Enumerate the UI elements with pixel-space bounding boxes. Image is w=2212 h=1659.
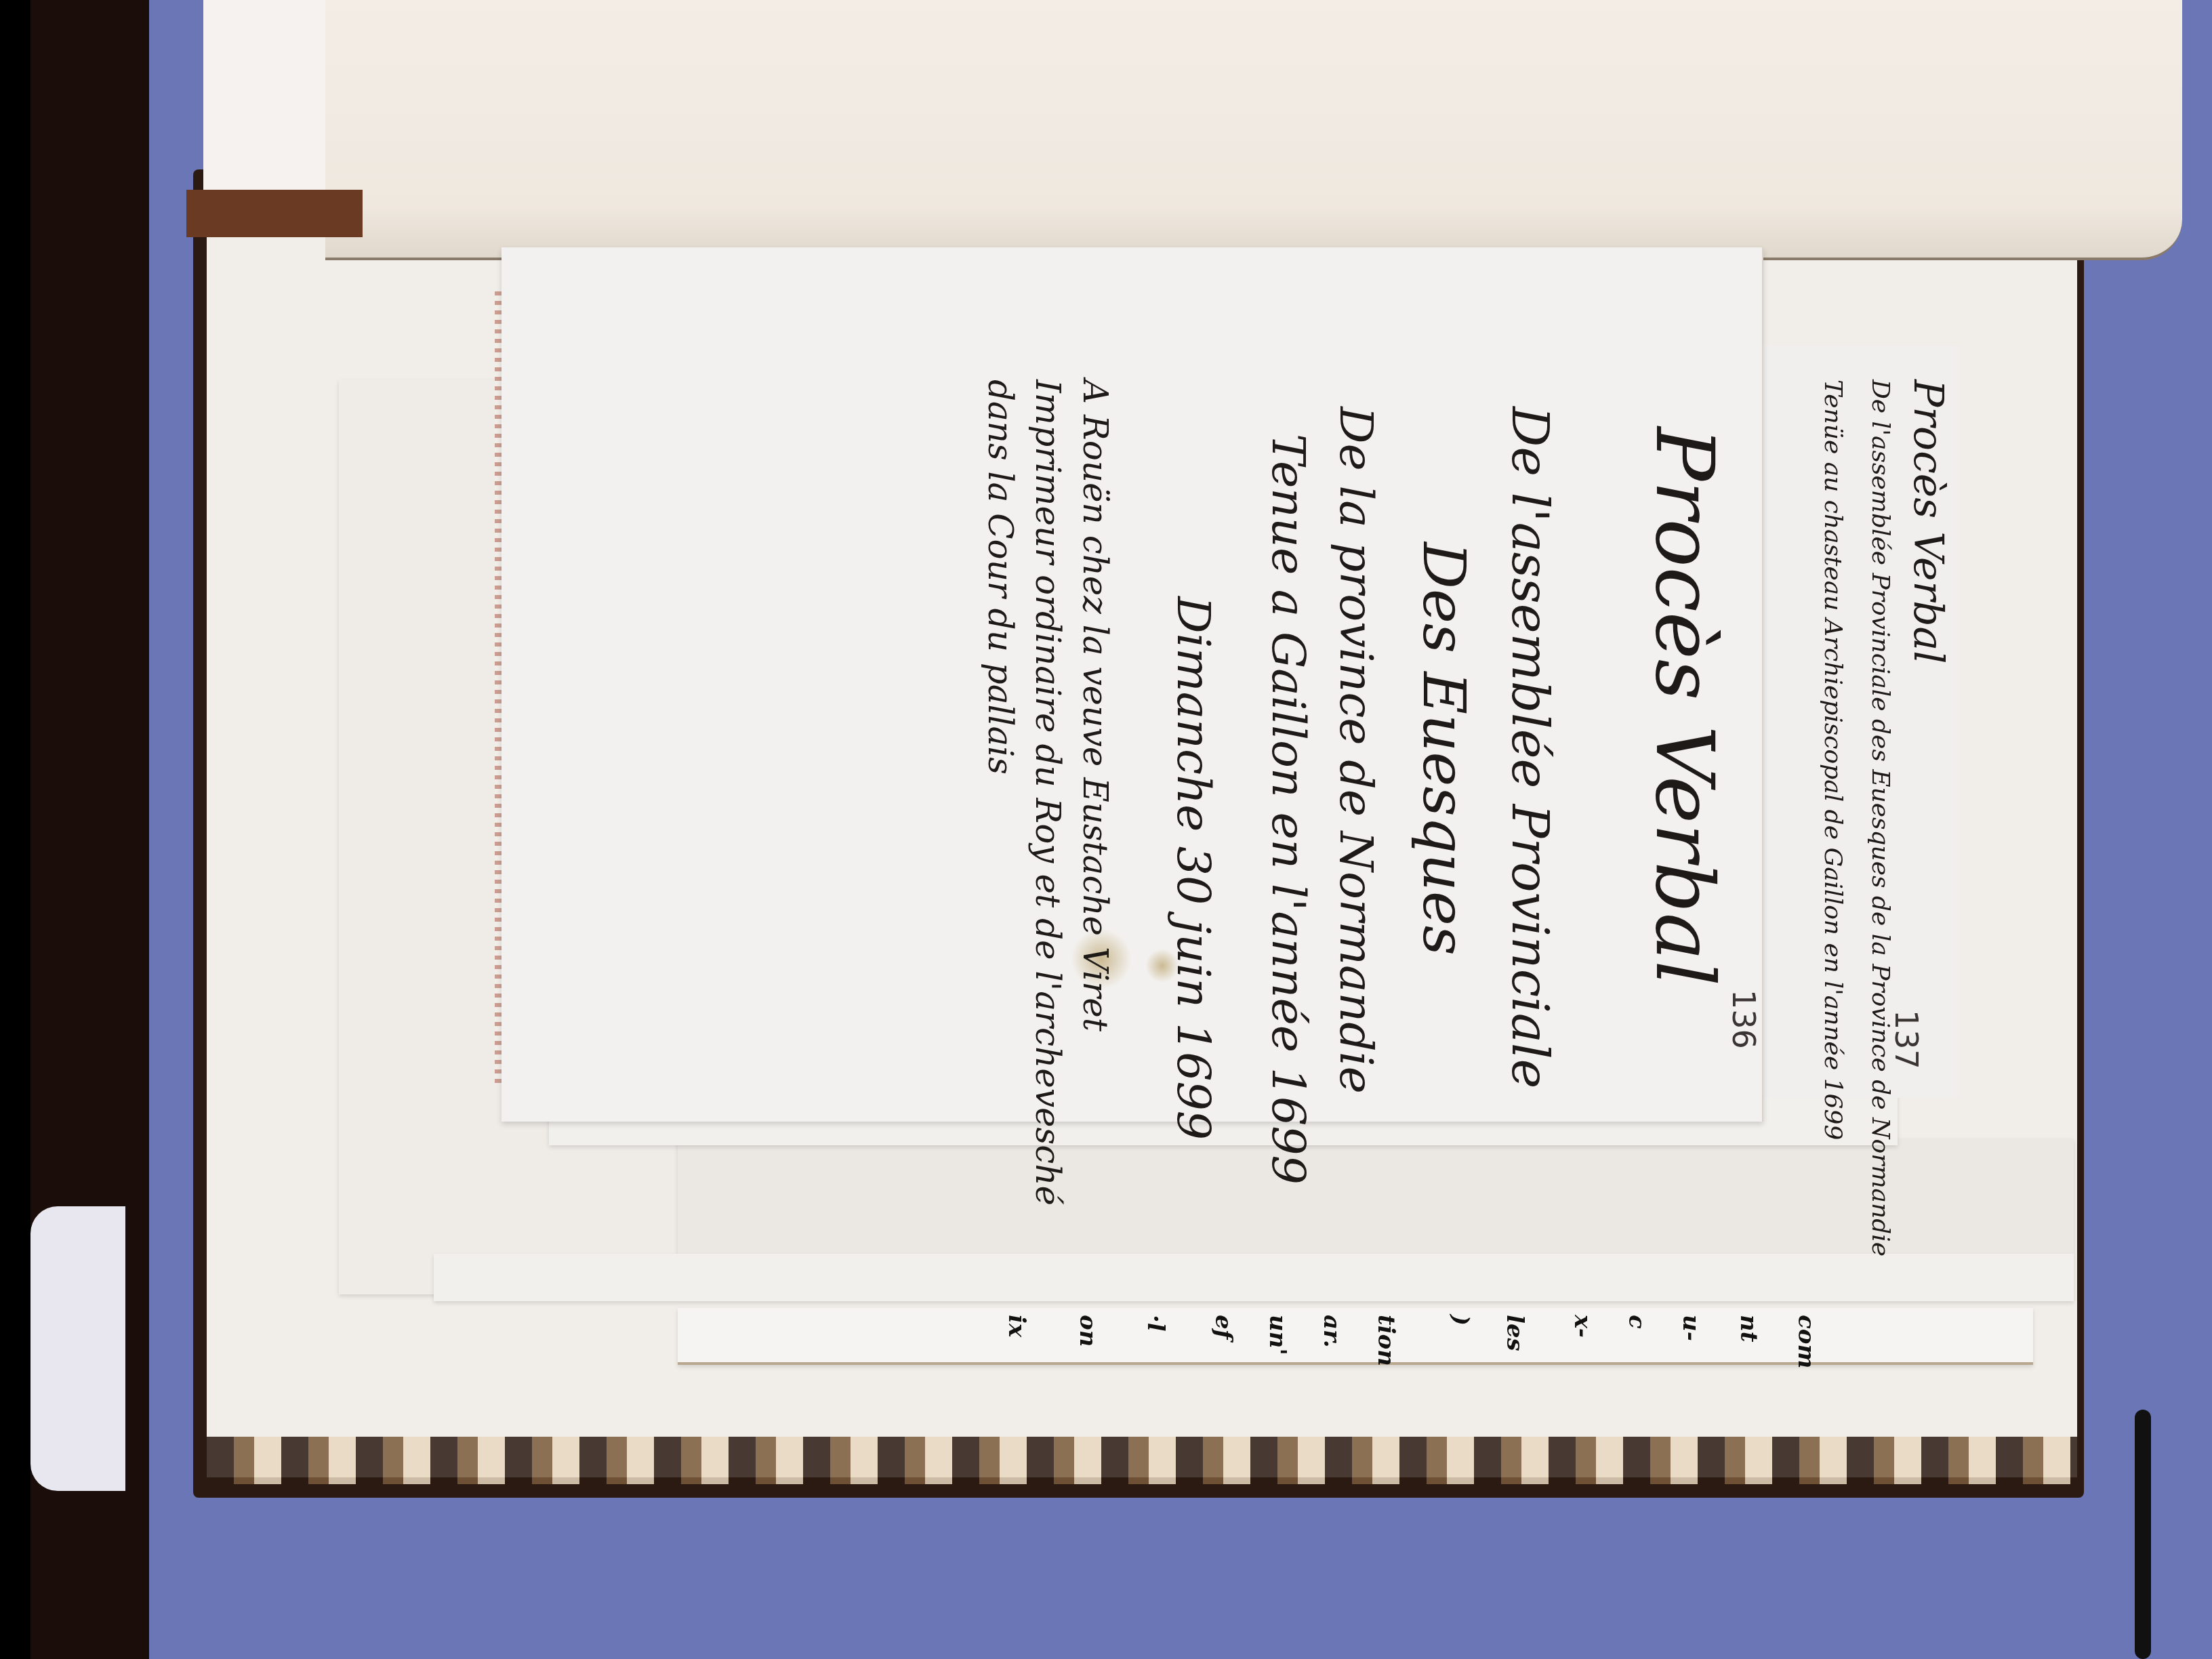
- folio-number: 136: [1725, 989, 1762, 1049]
- imprint-line: dans la Cour du pallais: [981, 380, 1020, 775]
- fragment-word: c: [1623, 1315, 1650, 1329]
- fragment-word: ef: [1210, 1315, 1237, 1339]
- underlying-sheet: [678, 1139, 2074, 1254]
- fragment-word: ): [1447, 1315, 1474, 1326]
- header-label-title: Procès Verbal: [1904, 380, 1952, 664]
- fragment-word: tion: [1372, 1315, 1399, 1366]
- underlying-sheet: [434, 1254, 2074, 1301]
- fragment-word: ·l: [1142, 1315, 1169, 1332]
- spine-tear: [186, 190, 363, 237]
- title-province: De la province de Normandie: [1329, 407, 1382, 1094]
- title-subtitle: Des Euesques: [1410, 542, 1477, 956]
- header-label-line: De l'assemblée Provinciale des Euesques …: [1866, 380, 1894, 1256]
- imprint-line: Imprimeur ordinaire du Roy et de l'arche…: [1028, 380, 1067, 1206]
- fragment-word: x-: [1569, 1315, 1596, 1338]
- fragment-word: com: [1793, 1315, 1820, 1368]
- title-subtitle: De l'assemblée Provinciale: [1500, 407, 1559, 1088]
- title-date: Dimanche 30 juin 1699: [1166, 596, 1220, 1140]
- page-title: Procès Verbal: [1638, 427, 1732, 986]
- fragment-word: ar.: [1318, 1315, 1345, 1348]
- fragment-word: u-: [1677, 1315, 1704, 1341]
- photo-scene: Procès Verbal De l'assemblée Provinciale…: [0, 0, 2212, 1659]
- fragment-word: nt: [1735, 1315, 1762, 1342]
- imprint-line: A Rouën chez la veuve Eustache Viret: [1076, 380, 1115, 1031]
- fragment-word: ix: [1003, 1315, 1030, 1337]
- fragment-word: on: [1074, 1315, 1101, 1347]
- background-dark-edge: [0, 0, 30, 1659]
- fragment-text-strip: ix on ·l ef un' ar. tion ) les x- c u- n…: [1017, 1301, 2087, 1369]
- folio-number: 137: [1888, 1010, 1925, 1069]
- title-held-at: Tenue a Gaillon en l'année 1699: [1261, 434, 1315, 1185]
- white-cloth: [30, 1206, 125, 1491]
- damaged-page-edge: [207, 1437, 2077, 1484]
- fragment-word: les: [1501, 1315, 1528, 1351]
- facing-page: [325, 0, 2182, 260]
- black-cable: [2135, 1410, 2151, 1659]
- fragment-word: un': [1264, 1315, 1291, 1355]
- title-page-sheet: [501, 247, 1763, 1122]
- header-label-line: Tenüe au chasteau Archiepiscopal de Gail…: [1819, 380, 1847, 1140]
